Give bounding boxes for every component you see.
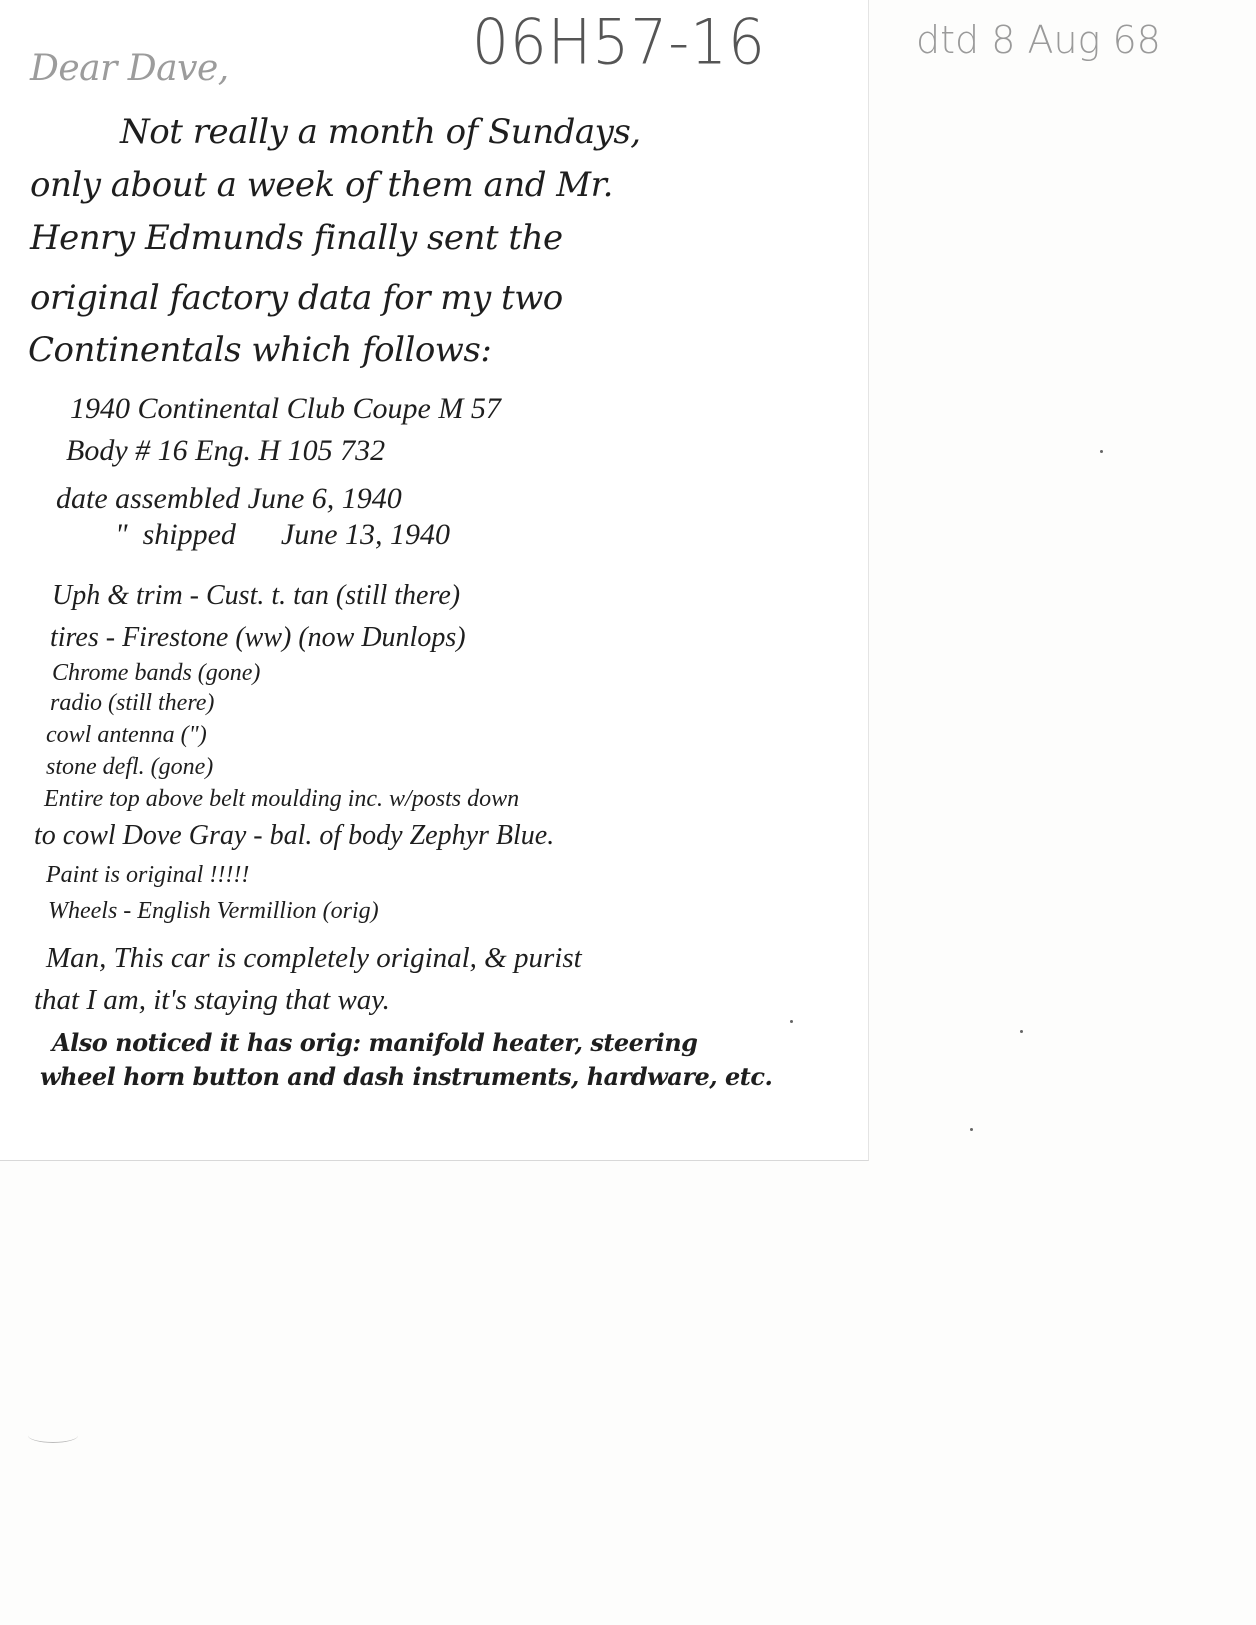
- equipment-tires: tires - Firestone (ww) (now Dunlops): [50, 622, 466, 654]
- letter-line-5: Continentals which follows:: [28, 330, 491, 370]
- paint-top-note: Entire top above belt moulding inc. w/po…: [44, 786, 519, 813]
- equipment-cowl-antenna: cowl antenna ("): [46, 722, 207, 749]
- scan-smudge: [28, 1428, 78, 1443]
- originality-remark-2: that I am, it's staying that way.: [34, 984, 390, 1017]
- letter-line-1: Not really a month of Sundays,: [120, 112, 641, 152]
- date-assembled: date assembled June 6, 1940: [56, 482, 402, 516]
- reference-number: 06H57-16: [472, 5, 766, 78]
- originality-remark-1: Man, This car is completely original, & …: [46, 942, 582, 975]
- handwritten-note: Dear Dave, Not really a month of Sundays…: [0, 0, 869, 1161]
- scan-speck: [970, 1128, 973, 1131]
- salutation: Dear Dave,: [30, 48, 229, 89]
- scan-speck: [1100, 450, 1103, 453]
- paint-body-color: to cowl Dove Gray - bal. of body Zephyr …: [34, 820, 554, 852]
- scan-speck: [790, 1020, 793, 1023]
- equipment-upholstery: Uph & trim - Cust. t. tan (still there): [52, 580, 460, 612]
- letter-line-4: original factory data for my two: [30, 278, 563, 318]
- paint-original-note: Paint is original !!!!!: [46, 862, 249, 889]
- wheels-color: Wheels - English Vermillion (orig): [48, 898, 379, 925]
- postscript-line-2: wheel horn button and dash instruments, …: [40, 1062, 772, 1091]
- car-body-engine: Body # 16 Eng. H 105 732: [66, 434, 385, 468]
- date-annotation: dtd 8 Aug 68: [916, 18, 1161, 62]
- postscript-line-1: Also noticed it has orig: manifold heate…: [52, 1028, 697, 1057]
- equipment-radio: radio (still there): [50, 690, 214, 717]
- letter-line-2: only about a week of them and Mr.: [30, 165, 613, 205]
- scanned-page: Dear Dave, Not really a month of Sundays…: [0, 0, 1256, 1625]
- equipment-stone-deflector: stone defl. (gone): [46, 754, 213, 781]
- scan-speck: [1020, 1030, 1023, 1033]
- date-shipped: " shipped June 13, 1940: [100, 518, 450, 552]
- equipment-chrome-bands: Chrome bands (gone): [52, 660, 260, 687]
- car-model: 1940 Continental Club Coupe M 57: [70, 392, 501, 426]
- letter-line-3: Henry Edmunds finally sent the: [30, 218, 563, 258]
